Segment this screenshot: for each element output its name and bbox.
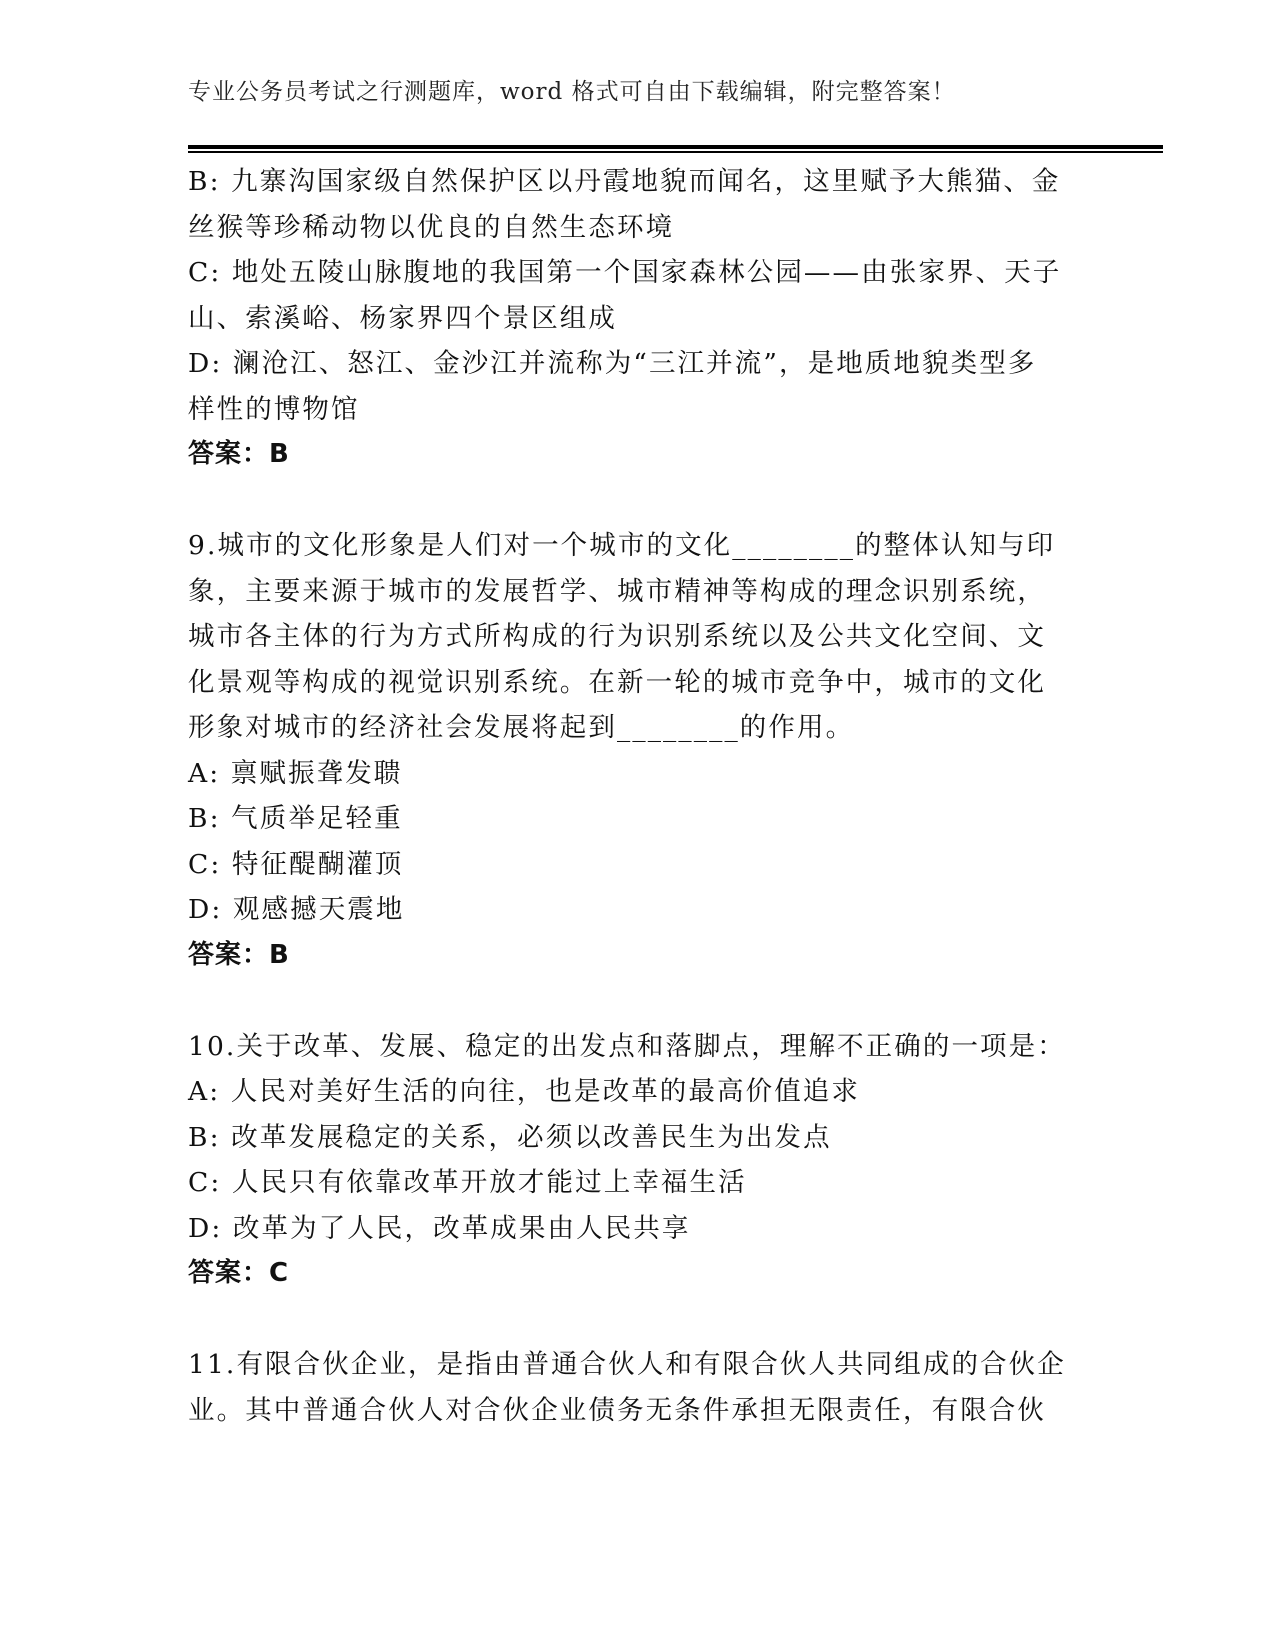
option-b-line-2: 丝猴等珍稀动物以优良的自然生态环境 [188,205,1078,251]
option-d: D: 改革为了人民，改革成果由人民共享 [188,1206,1078,1252]
question-11: 11.有限合伙企业，是指由普通合伙人和有限合伙人共同组成的合伙企 业。其中普通合… [188,1342,1078,1433]
option-b: B: 改革发展稳定的关系，必须以改善民生为出发点 [188,1115,1078,1161]
spacer [188,1297,1078,1343]
document-body: B: 九寨沟国家级自然保护区以丹霞地貌而闻名，这里赋予大熊猫、金 丝猴等珍稀动物… [188,159,1078,1433]
question-10: 10.关于改革、发展、稳定的出发点和落脚点，理解不正确的一项是： A: 人民对美… [188,1024,1078,1297]
question-stem: 10.关于改革、发展、稳定的出发点和落脚点，理解不正确的一项是： [188,1024,1078,1070]
spacer [188,478,1078,524]
header-rule-thick [188,145,1163,149]
question-stem-line-4: 化景观等构成的视觉识别系统。在新一轮的城市竞争中，城市的文化 [188,660,1078,706]
option-c-line-1: C: 地处五陵山脉腹地的我国第一个国家森林公园——由张家界、天子 [188,250,1078,296]
question-stem-line-1: 9.城市的文化形象是人们对一个城市的文化________的整体认知与印 [188,523,1078,569]
question-stem-line-1: 11.有限合伙企业，是指由普通合伙人和有限合伙人共同组成的合伙企 [188,1342,1078,1388]
option-d-line-2: 样性的博物馆 [188,387,1078,433]
option-d: D: 观感撼天震地 [188,887,1078,933]
spacer [188,978,1078,1024]
option-b: B: 气质举足轻重 [188,796,1078,842]
answer-label: 答案：C [188,1251,1078,1297]
option-c-line-2: 山、索溪峪、杨家界四个景区组成 [188,296,1078,342]
option-c: C: 人民只有依靠改革开放才能过上幸福生活 [188,1160,1078,1206]
question-8-tail: B: 九寨沟国家级自然保护区以丹霞地貌而闻名，这里赋予大熊猫、金 丝猴等珍稀动物… [188,159,1078,478]
question-stem-line-3: 城市各主体的行为方式所构成的行为识别系统以及公共文化空间、文 [188,614,1078,660]
header-rule-thin [188,151,1163,153]
option-a: A: 禀赋振聋发聩 [188,751,1078,797]
answer-label: 答案：B [188,432,1078,478]
option-b-line-1: B: 九寨沟国家级自然保护区以丹霞地貌而闻名，这里赋予大熊猫、金 [188,159,1078,205]
page-header: 专业公务员考试之行测题库，word 格式可自由下载编辑，附完整答案！ [188,74,956,110]
option-c: C: 特征醍醐灌顶 [188,842,1078,888]
question-stem-line-2: 象，主要来源于城市的发展哲学、城市精神等构成的理念识别系统， [188,569,1078,615]
question-stem-line-2: 业。其中普通合伙人对合伙企业债务无条件承担无限责任，有限合伙 [188,1388,1078,1434]
option-d-line-1: D: 澜沧江、怒江、金沙江并流称为“三江并流”，是地质地貌类型多 [188,341,1078,387]
question-stem-line-5: 形象对城市的经济社会发展将起到________的作用。 [188,705,1078,751]
question-9: 9.城市的文化形象是人们对一个城市的文化________的整体认知与印 象，主要… [188,523,1078,978]
answer-label: 答案：B [188,933,1078,979]
option-a: A: 人民对美好生活的向往，也是改革的最高价值追求 [188,1069,1078,1115]
